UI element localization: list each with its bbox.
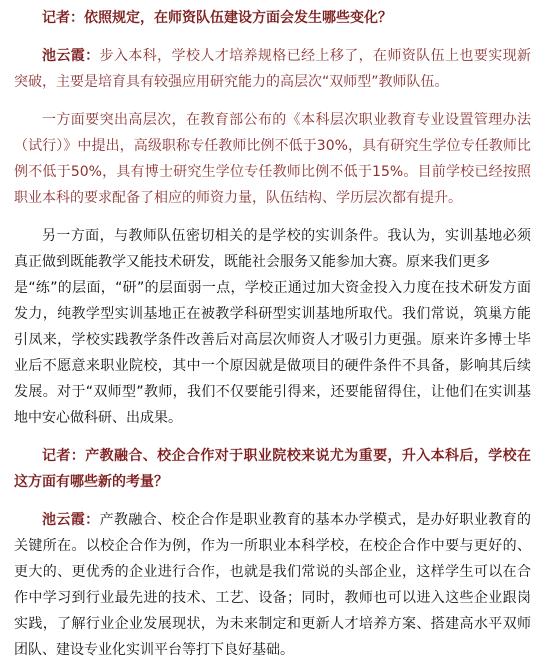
speaker-label: 池云霞： <box>42 48 100 64</box>
document-body: 记者：依照规定，在师资队伍建设方面会发生哪些变化？池云霞：步入本科，学校人才培养… <box>14 5 531 663</box>
paragraph-6: 池云霞：产教融合、校企合作是职业教育的基本办学模式，是办好职业教育的关键所在。以… <box>14 507 531 663</box>
paragraph-text: 产教融合、校企合作对于职业院校来说尤为重要，升入本科后，学校在这方面有哪些新的考… <box>14 448 531 490</box>
paragraph-3: 一方面要突出高层次，在教育部公布的《本科层次职业教育专业设置管理办法（试行）》中… <box>14 107 531 211</box>
speaker-label: 池云霞： <box>42 512 100 528</box>
paragraph-text: 依照规定，在师资队伍建设方面会发生哪些变化？ <box>84 10 392 26</box>
paragraph-text: 产教融合、校企合作是职业教育的基本办学模式，是办好职业教育的关键所在。以校企合作… <box>14 512 531 658</box>
paragraph-5: 记者：产教融合、校企合作对于职业院校来说尤为重要，升入本科后，学校在这方面有哪些… <box>14 443 531 495</box>
speaker-label: 记者： <box>42 10 84 26</box>
paragraph-text: 一方面要突出高层次，在教育部公布的《本科层次职业教育专业设置管理办法（试行）》中… <box>14 112 531 206</box>
document-page: 记者：依照规定，在师资队伍建设方面会发生哪些变化？池云霞：步入本科，学校人才培养… <box>0 0 543 666</box>
speaker-label: 记者： <box>42 448 85 464</box>
paragraph-text: 另一方面，与教师队伍密切相关的是学校的实训条件。我认为，实训基地必须真正做到既能… <box>14 228 531 426</box>
paragraph-1: 记者：依照规定，在师资队伍建设方面会发生哪些变化？ <box>14 5 531 31</box>
paragraph-4: 另一方面，与教师队伍密切相关的是学校的实训条件。我认为，实训基地必须真正做到既能… <box>14 223 531 431</box>
paragraph-2: 池云霞：步入本科，学校人才培养规格已经上移了，在师资队伍上也要实现新突破，主要是… <box>14 43 531 95</box>
